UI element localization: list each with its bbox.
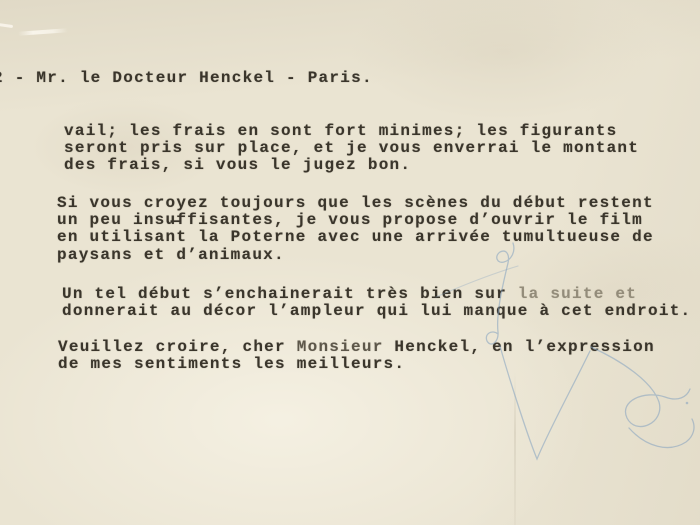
text-line: en utilisant la Poterne avec une arrivée… bbox=[57, 229, 654, 246]
text-line: vail; les frais en sont fort minimes; le… bbox=[64, 123, 639, 140]
text-line: Veuillez croire, cher Monsieur Henckel, … bbox=[58, 339, 655, 356]
paragraph-scenes-debut: Si vous croyez toujours que les scènes d… bbox=[57, 195, 654, 264]
text-line: de mes sentiments les meilleurs. bbox=[58, 356, 655, 373]
paper-edge-scratch bbox=[0, 23, 13, 28]
text-segment-faded: Monsieur bbox=[297, 338, 384, 356]
text-line: un peu insu̶ffisantes, je vous propose d… bbox=[57, 212, 654, 229]
text-line: donnerait au décor l’ampleur qui lui man… bbox=[62, 303, 691, 320]
scanned-letter-page: 2 - Mr. le Docteur Henckel - Paris. vail… bbox=[0, 0, 700, 525]
text-line: paysans et d’animaux. bbox=[57, 247, 654, 264]
paragraph-frais: vail; les frais en sont fort minimes; le… bbox=[64, 123, 639, 175]
text-line: des frais, si vous le jugez bon. bbox=[64, 157, 639, 174]
page-header-line: 2 - Mr. le Docteur Henckel - Paris. bbox=[0, 70, 373, 87]
text-line: seront pris sur place, et je vous enverr… bbox=[64, 140, 639, 157]
paper-scratch-mark bbox=[18, 28, 68, 35]
text-segment: Veuillez croire, cher bbox=[58, 338, 297, 356]
paragraph-salutation: Veuillez croire, cher Monsieur Henckel, … bbox=[58, 339, 655, 373]
text-segment: Henckel, en l’expression bbox=[384, 338, 655, 356]
text-line: Un tel début s’enchainerait très bien su… bbox=[62, 286, 691, 303]
text-segment-faded: la suite et bbox=[518, 285, 637, 303]
paper-crease bbox=[514, 372, 516, 525]
text-segment: Un tel début s’enchainerait très bien su… bbox=[62, 285, 518, 303]
paragraph-enchainement: Un tel début s’enchainerait très bien su… bbox=[62, 286, 691, 320]
text-line: Si vous croyez toujours que les scènes d… bbox=[57, 195, 654, 212]
